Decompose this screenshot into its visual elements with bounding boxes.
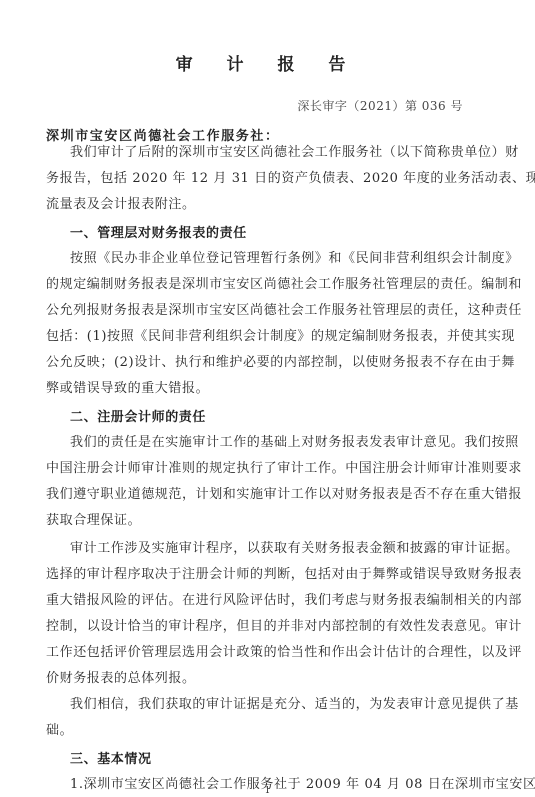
paragraph-line: 中国注册会计师审计准则的规定执行了审计工作。中国注册会计师审计准则要求: [46, 461, 522, 477]
paragraph-line: 工作还包括评价管理层选用会计政策的恰当性和作出会计估计的合理性，以及评: [46, 645, 522, 661]
paragraph-line: 务报告，包括 2020 年 12 月 31 日的资产负债表、2020 年度的业务…: [46, 171, 535, 187]
paragraph-line: 包括：(1)按照《民间非营利组织会计制度》的规定编制财务报表，并使其实现: [46, 329, 515, 345]
paragraph-line: 重大错报风险的评估。在进行风险评估时，我们考虑与财务报表编制相关的内部: [46, 593, 522, 609]
section-heading: 二、注册会计师的责任: [70, 410, 206, 426]
paragraph-line: 按照《民办非企业单位登记管理暂行条例》和《民间非营利组织会计制度》: [70, 251, 519, 267]
paragraph-line: 流量表及会计报表附注。: [46, 197, 196, 213]
salutation: 深圳市宝安区尚德社会工作服务社：: [46, 125, 280, 144]
paragraph-line: 公允反映；(2)设计、执行和维护必要的内部控制，以使财务报表不存在由于舞: [46, 355, 515, 371]
paragraph-line: 公允列报财务报表是深圳市宝安区尚德社会工作服务社管理层的责任，这种责任: [46, 303, 522, 319]
paragraph-line: 我们的责任是在实施审计工作的基础上对财务报表发表审计意见。我们按照: [70, 435, 519, 451]
page-number: 1: [0, 786, 535, 796]
paragraph-line: 选择的审计程序取决于注册会计师的判断，包括对由于舞弊或错误导致财务报表: [46, 567, 522, 583]
document-title: 审 计 报 告: [0, 50, 535, 75]
paragraph-line: 价财务报表的总体列报。: [46, 671, 196, 687]
paragraph-line: 我们相信，我们获取的审计证据是充分、适当的，为发表审计意见提供了基: [70, 697, 519, 713]
paragraph-line: 获取合理保证。: [46, 513, 141, 529]
paragraph-line: 的规定编制财务报表是深圳市宝安区尚德社会工作服务社管理层的责任。编制和: [46, 277, 522, 293]
section-heading: 三、基本情况: [70, 752, 152, 768]
section-heading: 一、管理层对财务报表的责任: [70, 226, 247, 242]
paragraph-line: 我们审计了后附的深圳市宝安区尚德社会工作服务社（以下简称贵单位）财: [70, 145, 519, 161]
paragraph-line: 审计工作涉及实施审计程序，以获取有关财务报表金额和披露的审计证据。: [70, 541, 519, 557]
paragraph-line: 弊或错误导致的重大错报。: [46, 381, 209, 397]
paragraph-line: 我们遵守职业道德规范，计划和实施审计工作以对财务报表是否不存在重大错报: [46, 487, 522, 503]
document-number: 深长审字（2021）第 036 号: [297, 97, 463, 114]
paragraph-line: 础。: [46, 723, 73, 739]
paragraph-line: 控制，以设计恰当的审计程序，但目的并非对内部控制的有效性发表意见。审计: [46, 619, 522, 635]
